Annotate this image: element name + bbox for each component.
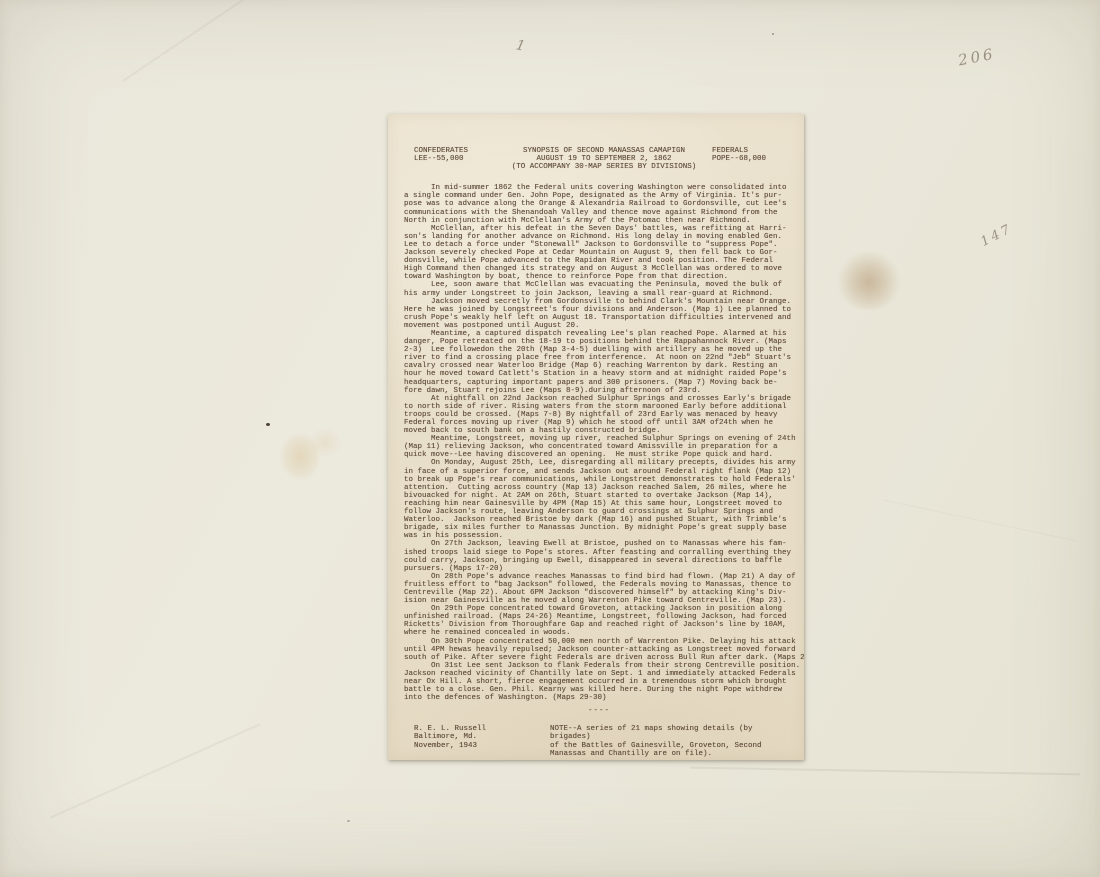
paragraph: In mid-summer 1862 the Federal units cov…: [404, 184, 794, 224]
paper-crease: [122, 0, 247, 81]
pencil-number-side: 147: [978, 221, 1015, 250]
pencil-mark-stroke: 1: [514, 37, 526, 55]
paragraph: Lee, soon aware that McClellan was evacu…: [404, 281, 794, 297]
paragraph: On 28th Pope's advance reaches Manassas …: [404, 573, 794, 605]
federals-strength-block: FEDERALS POPE--68,000: [698, 147, 794, 163]
maps-note-block: NOTE--A series of 21 maps showing detail…: [550, 725, 794, 757]
title-line-3: (TO ACCOMPANY 30-MAP SERIES BY DIVISIONS…: [510, 163, 698, 171]
author-line: November, 1943: [414, 742, 550, 750]
paragraph: On 29th Pope concentrated toward Groveto…: [404, 605, 794, 637]
author-line: Baltimore, Md.: [414, 733, 550, 741]
paragraph: Jackson moved secretly from Gordonsville…: [404, 298, 794, 330]
typewritten-document: CONFEDERATES LEE--55,000 SYNOPSIS OF SEC…: [388, 114, 804, 760]
paragraph: On 31st Lee sent Jackson to flank Federa…: [404, 662, 794, 702]
note-line: of the Battles of Gainesville, Groveton,…: [550, 742, 794, 750]
paper-crease: [50, 723, 261, 818]
document-footer: R. E. L. RussellBaltimore, Md.November, …: [404, 725, 794, 757]
yellow-stain: [266, 416, 348, 486]
federals-label: FEDERALS: [712, 147, 794, 155]
paragraph: On 27th Jackson, leaving Ewell at Bristo…: [404, 540, 794, 572]
document-header: CONFEDERATES LEE--55,000 SYNOPSIS OF SEC…: [404, 147, 794, 171]
confederates-label: CONFEDERATES: [414, 147, 510, 155]
note-line: Manassas and Chantilly are on file).: [550, 750, 794, 758]
pencil-number-top-right: 206: [957, 45, 997, 70]
paper-speck: [772, 33, 774, 35]
brown-stain: [838, 252, 900, 310]
paragraph: Meantime, a captured dispatch revealing …: [404, 330, 794, 395]
paragraph: At nightfall on 22nd Jackson reached Sul…: [404, 395, 794, 435]
paragraph: On 30th Pope concentrated 50,000 men nor…: [404, 638, 794, 662]
end-separator: ----: [404, 707, 794, 715]
pope-strength: POPE--68,000: [712, 155, 794, 163]
paper-crease: [882, 499, 1078, 542]
title-line-1: SYNOPSIS OF SECOND MANASSAS CAMAPIGN: [510, 147, 698, 155]
scanned-album-page: 1 206 147 CONFEDERATES LEE--55,000 SYNOP…: [0, 0, 1100, 877]
author-block: R. E. L. RussellBaltimore, Md.November, …: [414, 725, 550, 757]
title-line-2: AUGUST 19 TO SEPTEMBER 2, 1862: [510, 155, 698, 163]
paper-speck: [266, 423, 270, 426]
lee-strength: LEE--55,000: [414, 155, 510, 163]
paper-speck: [347, 820, 350, 822]
paper-crease: [690, 767, 1080, 775]
note-line: NOTE--A series of 21 maps showing detail…: [550, 725, 794, 741]
document-title-block: SYNOPSIS OF SECOND MANASSAS CAMAPIGN AUG…: [510, 147, 698, 171]
paragraph: On Monday, August 25th, Lee, disregardin…: [404, 459, 794, 540]
confederates-strength-block: CONFEDERATES LEE--55,000: [414, 147, 510, 163]
paragraph: Meantime, Longstreet, moving up river, r…: [404, 435, 794, 459]
synopsis-body-text: In mid-summer 1862 the Federal units cov…: [404, 184, 794, 702]
paragraph: McClellan, after his defeat in the Seven…: [404, 225, 794, 282]
